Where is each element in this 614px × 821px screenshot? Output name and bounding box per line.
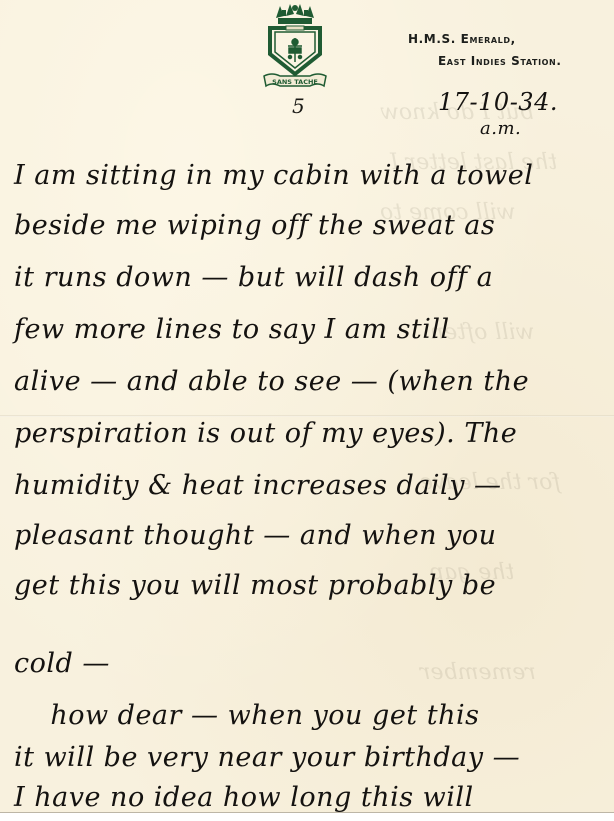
letter-line: I have no idea how long this will — [14, 782, 474, 812]
letter-line: how dear — when you get this — [14, 700, 479, 731]
letter-line: I am sitting in my cabin with a towel — [14, 160, 533, 191]
letter-line: it runs down — but will dash off a — [14, 262, 493, 293]
page-bottom-edge — [0, 812, 614, 821]
letter-line: pleasant thought — and when you — [14, 520, 497, 551]
letter-time: a.m. — [480, 118, 521, 139]
letter-line: humidity & heat increases daily — — [14, 470, 502, 501]
letter-line: cold — — [14, 648, 110, 679]
letter-line: alive — and able to see — (when the — [14, 366, 529, 397]
paper-fold — [0, 415, 614, 417]
page-number-mark: 5 — [292, 94, 305, 118]
crest-motto: SANS TACHE — [272, 78, 318, 86]
naval-crest-icon: SANS TACHE — [262, 2, 328, 88]
letterhead-station: East Indies Station. — [438, 54, 562, 68]
letterhead-ship-name: H.M.S. Emerald, — [408, 32, 516, 46]
bleed-through-text: remember — [420, 660, 536, 685]
letter-line: few more lines to say I am still — [14, 314, 450, 345]
letter-line: get this you will most probably be — [14, 570, 496, 601]
letter-line: it will be very near your birthday — — [14, 742, 520, 773]
letter-page: but I do know the last letter I will com… — [0, 0, 614, 812]
letter-line: perspiration is out of my eyes). The — [14, 418, 517, 449]
letter-date: 17-10-34. — [438, 88, 558, 116]
letter-line: beside me wiping off the sweat as — [14, 210, 495, 241]
